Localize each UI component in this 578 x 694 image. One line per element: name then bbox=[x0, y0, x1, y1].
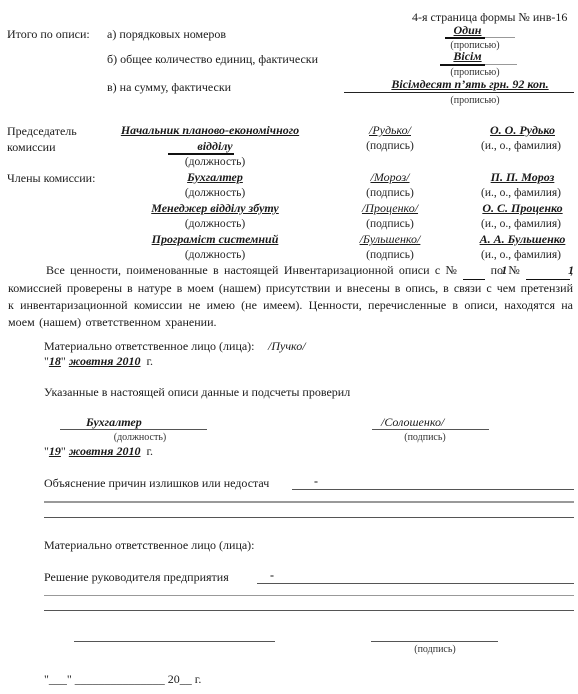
signature-hint: (подпись) bbox=[345, 248, 435, 262]
name-hint: (и., о., фамилия) bbox=[465, 139, 577, 153]
position-line[interactable] bbox=[74, 641, 275, 642]
member-name: А. А. Бульшенко bbox=[470, 232, 575, 246]
position-hint: (должность) bbox=[165, 217, 265, 231]
decision-line[interactable] bbox=[44, 595, 574, 596]
responsible2-label: Материально ответственное лицо (лица): bbox=[44, 538, 255, 552]
statement-paragraph: Все ценности, поименованные в настоящей … bbox=[8, 262, 573, 331]
chair-name: О. О. Рудько bbox=[470, 123, 575, 137]
chair-label: Председатель bbox=[7, 124, 77, 138]
member-signature: /Мороз/ bbox=[345, 170, 435, 184]
totals-item-label: а) порядковых номеров bbox=[107, 27, 226, 41]
member-name: П. П. Мороз bbox=[470, 170, 575, 184]
totals-item-hint: (прописью) bbox=[425, 94, 525, 108]
signature-hint: (подпись) bbox=[395, 643, 475, 657]
name-hint: (и., о., фамилия) bbox=[465, 186, 577, 200]
explanation-line[interactable] bbox=[44, 501, 574, 503]
member-position: Бухгалтер bbox=[115, 170, 315, 184]
footer-date[interactable]: "___" _______________ 20__ г. bbox=[44, 672, 201, 686]
decision-label: Решение руководителя предприятия bbox=[44, 570, 229, 584]
to-number: 1 bbox=[526, 262, 570, 280]
signature-hint: (подпись) bbox=[345, 217, 435, 231]
responsible-label: Материально ответственное лицо (лица): bbox=[44, 339, 255, 353]
chair-position: відділу bbox=[165, 139, 265, 153]
chair-position: Начальник планово-економічного bbox=[110, 123, 310, 137]
underline bbox=[60, 429, 207, 430]
members-label: Члены комиссии: bbox=[7, 171, 95, 185]
position-hint: (должность) bbox=[165, 248, 265, 262]
verified-signature: /Солошенко/ bbox=[381, 415, 444, 429]
decision-line[interactable] bbox=[257, 583, 574, 584]
from-number: 1 bbox=[463, 262, 485, 280]
totals-item-value: Вісім bbox=[420, 49, 515, 63]
position-hint: (должность) bbox=[100, 431, 180, 445]
underline bbox=[344, 92, 574, 93]
decision-line[interactable] bbox=[44, 610, 574, 611]
underline bbox=[485, 64, 517, 65]
totals-item-label: б) общее количество единиц, фактически bbox=[107, 52, 318, 66]
underline bbox=[485, 37, 515, 38]
totals-item-label: в) на сумму, фактически bbox=[107, 80, 231, 94]
totals-label: Итого по описи: bbox=[7, 27, 90, 41]
position-hint: (должность) bbox=[165, 186, 265, 200]
position-hint: (должность) bbox=[165, 155, 265, 169]
responsible-signature: /Пучко/ bbox=[268, 339, 306, 353]
chair-label: комиссии bbox=[7, 140, 56, 154]
verified-date: "19" жовтня 2010 г. bbox=[44, 444, 153, 458]
member-name: О. С. Проценко bbox=[470, 201, 575, 215]
totals-item-value: Один bbox=[420, 23, 515, 37]
member-position: Менеджер відділу збуту bbox=[115, 201, 315, 215]
member-signature: /Бульшенко/ bbox=[345, 232, 435, 246]
member-signature: /Проценко/ bbox=[345, 201, 435, 215]
name-hint: (и., о., фамилия) bbox=[465, 217, 577, 231]
explanation-line[interactable] bbox=[292, 489, 574, 490]
verified-position: Бухгалтер bbox=[86, 415, 142, 429]
chair-signature: /Рудько/ bbox=[345, 123, 435, 137]
explanation-label: Объяснение причин излишков или недостач bbox=[44, 476, 269, 490]
verified-label: Указанные в настоящей описи данные и под… bbox=[44, 385, 350, 399]
name-hint: (и., о., фамилия) bbox=[465, 248, 577, 262]
form-page-label: 4-я страница формы № инв-16 bbox=[412, 10, 567, 24]
totals-item-value: Вісімдесят п’ять грн. 92 коп. bbox=[372, 77, 568, 91]
explanation-line[interactable] bbox=[44, 517, 574, 518]
responsible-date: "18" жовтня 2010 г. bbox=[44, 354, 153, 368]
signature-hint: (подпись) bbox=[345, 139, 435, 153]
underline bbox=[372, 429, 489, 430]
decision-value: - bbox=[270, 568, 274, 582]
member-position: Програміст системний bbox=[115, 232, 315, 246]
signature-hint: (подпись) bbox=[345, 186, 435, 200]
explanation-value: - bbox=[314, 474, 318, 488]
signature-hint: (подпись) bbox=[385, 431, 465, 445]
signature-line[interactable] bbox=[371, 641, 498, 642]
